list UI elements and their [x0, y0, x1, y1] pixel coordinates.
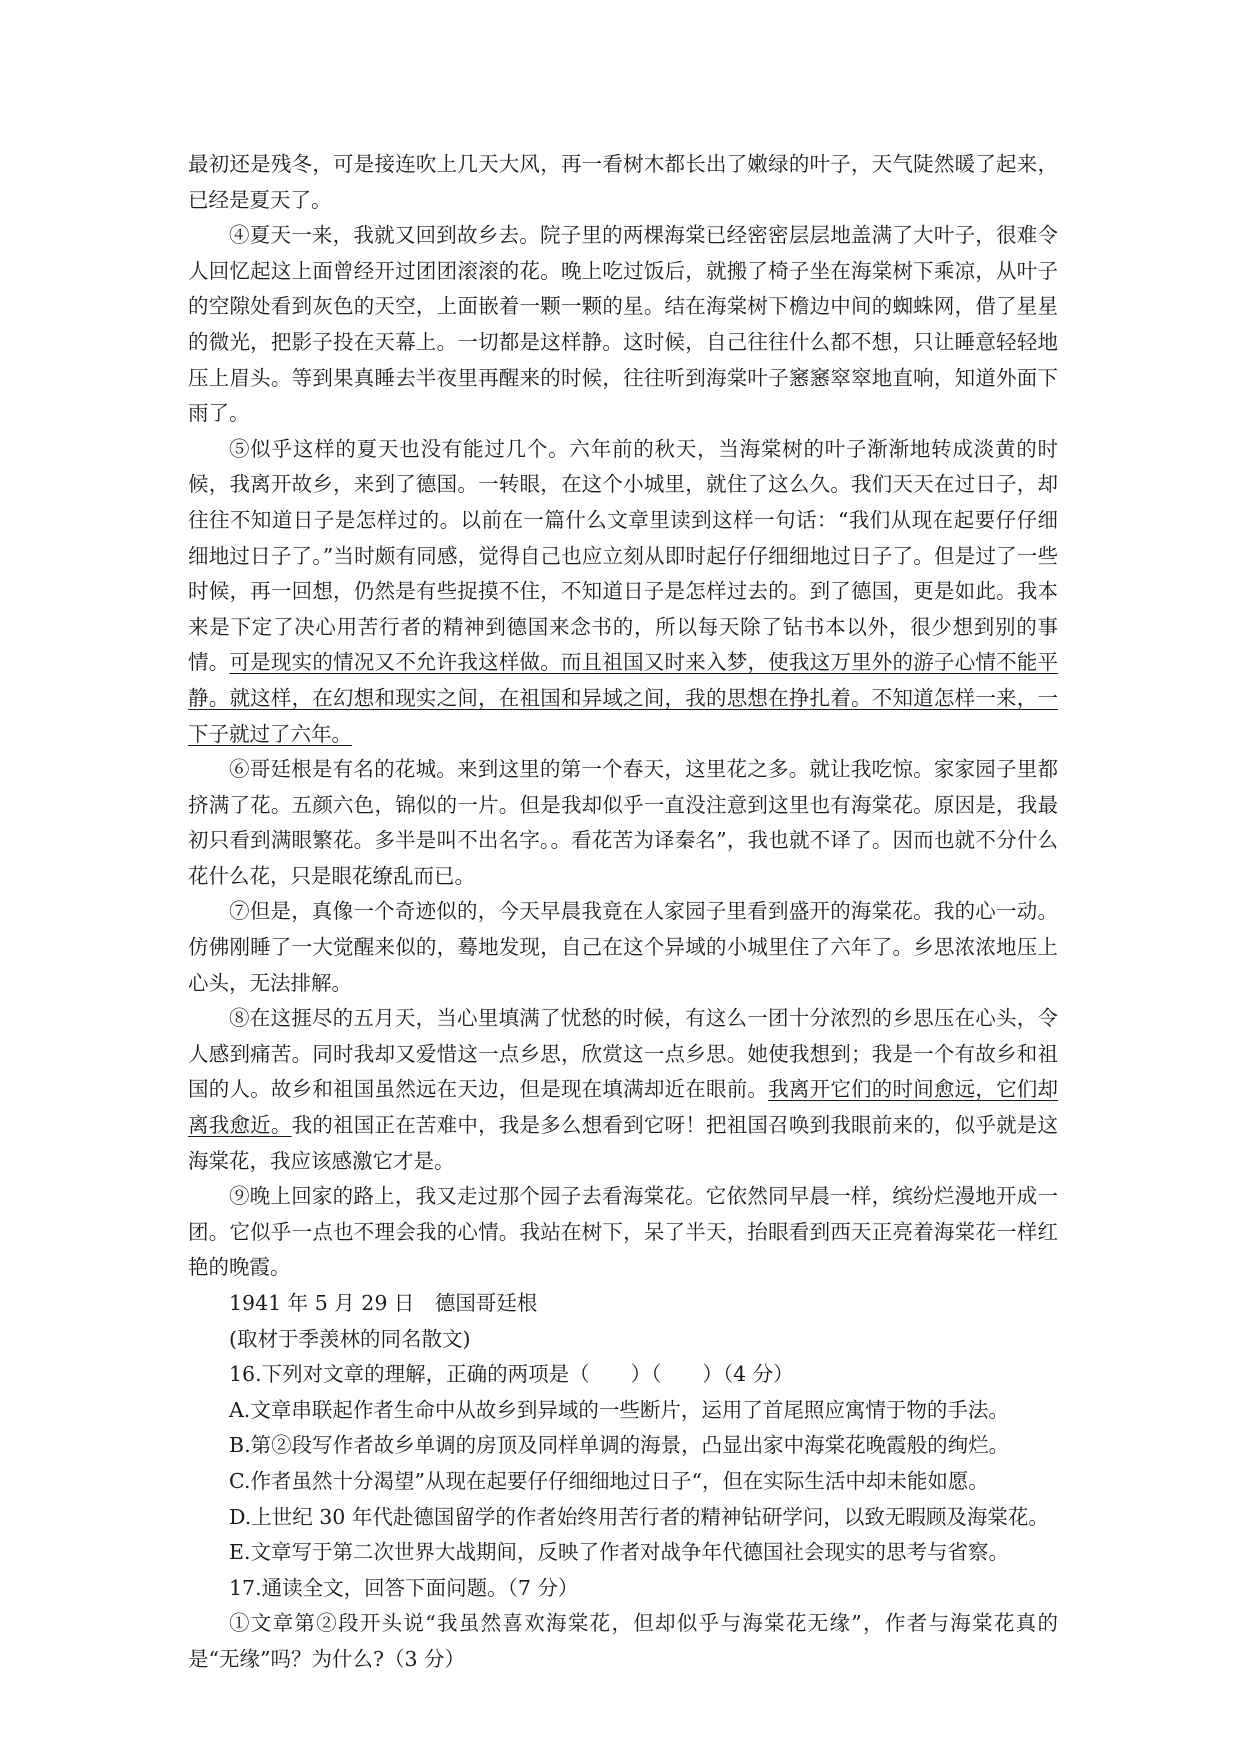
paragraph-text: ⑨晚上回家的路上，我又走过那个园子去看海棠花。它依然同早晨一样，缤纷烂漫地开成一…	[188, 1184, 1058, 1279]
paragraph-4: ④夏天一来，我就又回到故乡去。院子里的两棵海棠已经密密层层地盖满了大叶子，很难令…	[188, 218, 1058, 432]
paragraph-8: ⑧在这捱尽的五月天，当心里填满了忧愁的时候，有这么一团十分浓烈的乡思压在心头，令…	[188, 1001, 1058, 1179]
question-16-option-e: E.文章写于第二次世界大战期间，反映了作者对战争年代德国社会现实的思考与省察。	[188, 1535, 1058, 1571]
question-16-option-c: C.作者虽然十分渴望”从现在起要仔仔细细地过日子“，但在实际生活中却未能如愿。	[188, 1464, 1058, 1500]
question-16-option-b: B.第②段写作者故乡单调的房顶及同样单调的海景，凸显出家中海棠花晚霞般的绚烂。	[188, 1428, 1058, 1464]
question-16-option-a: A.文章串联起作者生命中从故乡到异域的一些断片，运用了首尾照应寓情于物的手法。	[188, 1393, 1058, 1429]
question-16-option-d: D.上世纪 30 年代赴德国留学的作者始终用苦行者的精神钻研学问，以致无暇顾及海…	[188, 1500, 1058, 1536]
dateline: 1941 年 5 月 29 日 德国哥廷根	[188, 1286, 1058, 1322]
document-page: 最初还是残冬，可是接连吹上几天大风，再一看树木都长出了嫩绿的叶子，天气陡然暖了起…	[188, 147, 1058, 1678]
question-16-stem: 16.下列对文章的理解，正确的两项是（ ）（ ）（4 分）	[188, 1357, 1058, 1393]
question-17: 17.通读全文，回答下面问题。（7 分） ①文章第②段开头说“我虽然喜欢海棠花，…	[188, 1571, 1058, 1678]
paragraph-text: ⑤似乎这样的夏天也没有能过几个。六年前的秋天，当海棠树的叶子渐渐地转成淡黄的时候…	[188, 437, 1058, 675]
question-17-sub-1: ①文章第②段开头说“我虽然喜欢海棠花，但却似乎与海棠花无缘”，作者与海棠花真的是…	[188, 1606, 1058, 1677]
question-17-stem: 17.通读全文，回答下面问题。（7 分）	[188, 1571, 1058, 1607]
paragraph-text: ④夏天一来，我就又回到故乡去。院子里的两棵海棠已经密密层层地盖满了大叶子，很难令…	[188, 223, 1058, 425]
paragraph-text: 我的祖国正在苦难中，我是多么想看到它呀！把祖国召唤到我眼前来的，似乎就是这海棠花…	[188, 1113, 1058, 1173]
paragraph-text: 最初还是残冬，可是接连吹上几天大风，再一看树木都长出了嫩绿的叶子，天气陡然暖了起…	[188, 152, 1058, 212]
paragraph-7: ⑦但是，真像一个奇迹似的，今天早晨我竟在人家园子里看到盛开的海棠花。我的心一动。…	[188, 894, 1058, 1001]
paragraph-text: ⑦但是，真像一个奇迹似的，今天早晨我竟在人家园子里看到盛开的海棠花。我的心一动。…	[188, 899, 1058, 994]
paragraph-text: ⑥哥廷根是有名的花城。来到这里的第一个春天，这里花之多。就让我吃惊。家家园子里都…	[188, 757, 1058, 888]
source-note: (取材于季羡林的同名散文)	[188, 1322, 1058, 1358]
paragraph-9: ⑨晚上回家的路上，我又走过那个园子去看海棠花。它依然同早晨一样，缤纷烂漫地开成一…	[188, 1179, 1058, 1286]
question-16: 16.下列对文章的理解，正确的两项是（ ）（ ）（4 分） A.文章串联起作者生…	[188, 1357, 1058, 1571]
underlined-sentence: 可是现实的情况又不允许我这样做。而且祖国又时来入梦，使我这万里外的游子心情不能平…	[188, 650, 1058, 745]
paragraph-6: ⑥哥廷根是有名的花城。来到这里的第一个春天，这里花之多。就让我吃惊。家家园子里都…	[188, 752, 1058, 894]
paragraph-5: ⑤似乎这样的夏天也没有能过几个。六年前的秋天，当海棠树的叶子渐渐地转成淡黄的时候…	[188, 432, 1058, 752]
paragraph-3-tail: 最初还是残冬，可是接连吹上几天大风，再一看树木都长出了嫩绿的叶子，天气陡然暖了起…	[188, 147, 1058, 218]
